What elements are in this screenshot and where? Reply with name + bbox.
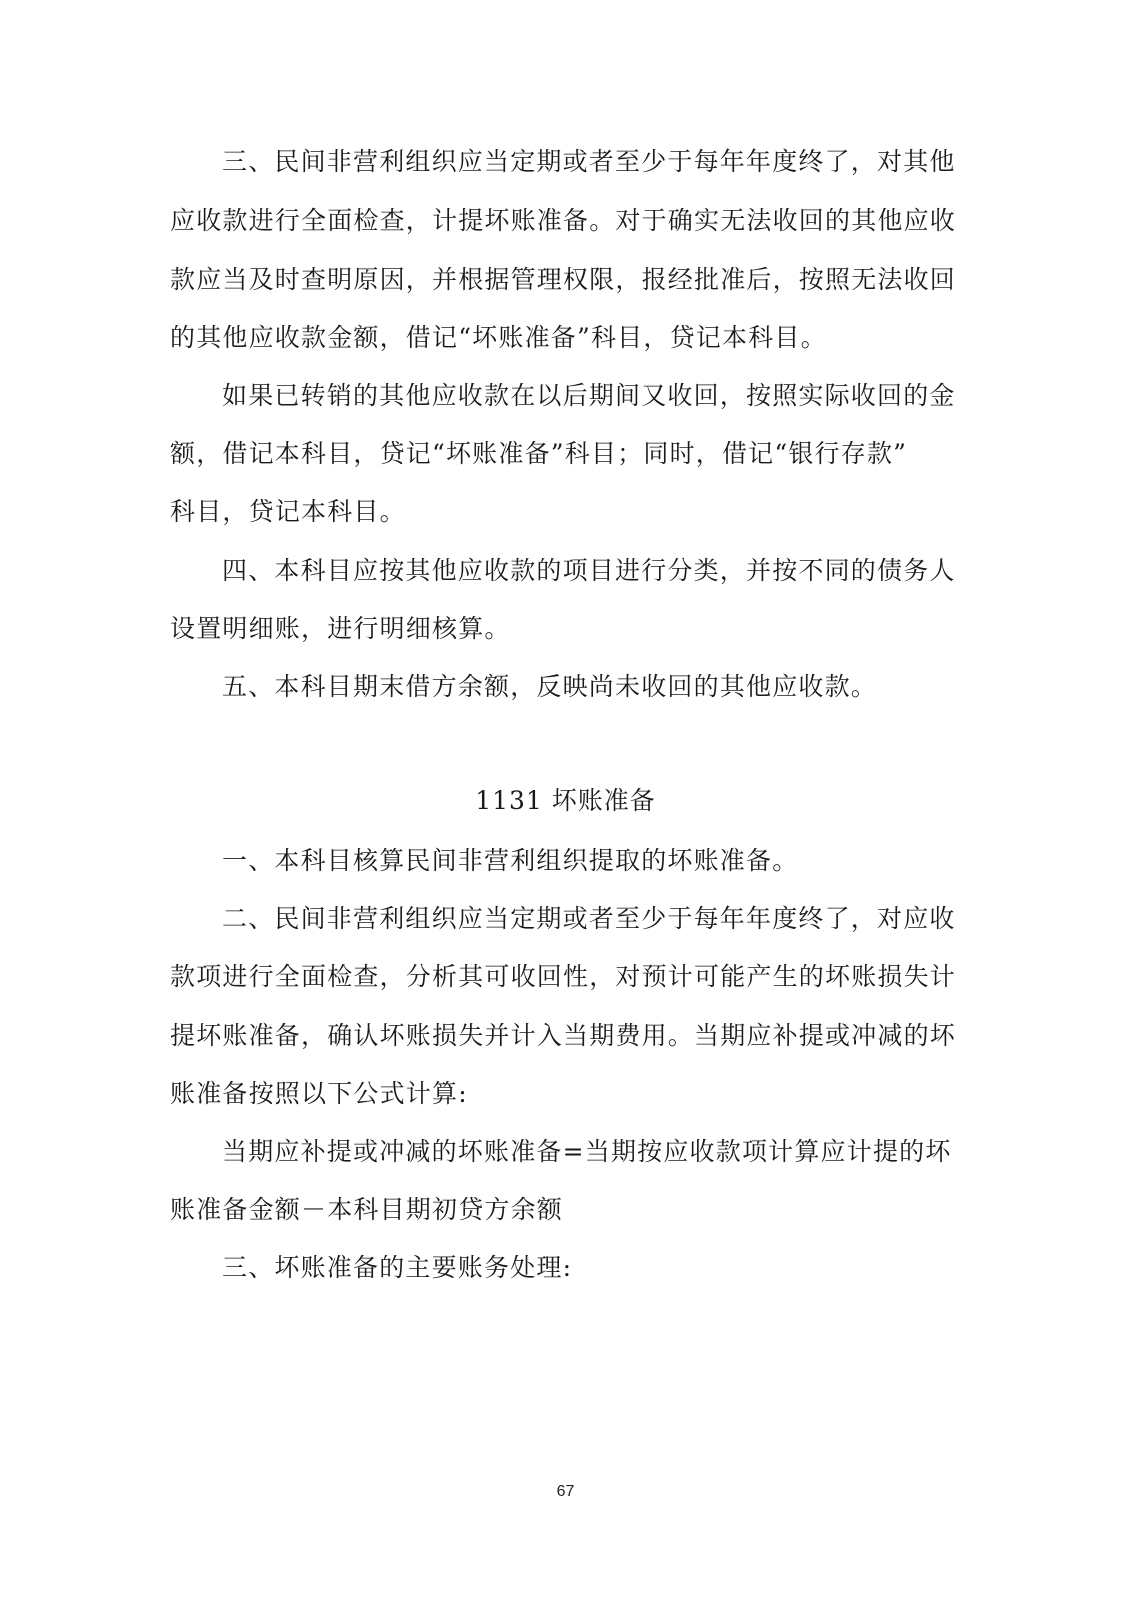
text-line: 的其他应收款金额，借记“坏账准备”科目，贷记本科目。 <box>170 323 945 353</box>
text-line: 应收款进行全面检查，计提坏账准备。对于确实无法收回的其他应收 <box>170 206 945 236</box>
text-line: 当期应补提或冲减的坏账准备=当期按应收款项计算应计提的坏 <box>222 1137 945 1167</box>
text-line: 账准备金额－本科目期初贷方余额 <box>170 1195 945 1225</box>
text-line: 设置明细账，进行明细核算。 <box>170 614 945 644</box>
text-line: 三、坏账准备的主要账务处理: <box>222 1253 945 1283</box>
text-line: 提坏账准备，确认坏账损失并计入当期费用。当期应补提或冲减的坏 <box>170 1021 945 1051</box>
text-line: 二、民间非营利组织应当定期或者至少于每年年度终了，对应收 <box>222 904 945 934</box>
text-line: 三、民间非营利组织应当定期或者至少于每年年度终了，对其他 <box>222 147 945 177</box>
text-line: 四、本科目应按其他应收款的项目进行分类，并按不同的债务人 <box>222 556 945 586</box>
text-line: 如果已转销的其他应收款在以后期间又收回，按照实际收回的金 <box>222 381 945 411</box>
text-line: 账准备按照以下公式计算: <box>170 1079 945 1109</box>
text-line: 款应当及时查明原因，并根据管理权限，报经批准后，按照无法收回 <box>170 265 945 295</box>
text-line: 额，借记本科目，贷记“坏账准备”科目；同时，借记“银行存款” <box>170 439 945 469</box>
text-line: 科目，贷记本科目。 <box>170 497 945 527</box>
text-line: 一、本科目核算民间非营利组织提取的坏账准备。 <box>222 846 945 876</box>
text-line: 五、本科目期末借方余额，反映尚未收回的其他应收款。 <box>222 672 945 702</box>
section-heading-1131: 1131 坏账准备 <box>0 786 1131 816</box>
document-page: 三、民间非营利组织应当定期或者至少于每年年度终了，对其他 应收款进行全面检查，计… <box>0 0 1131 1600</box>
text-line: 款项进行全面检查，分析其可收回性，对预计可能产生的坏账损失计 <box>170 962 945 992</box>
page-number: 67 <box>0 1482 1131 1502</box>
